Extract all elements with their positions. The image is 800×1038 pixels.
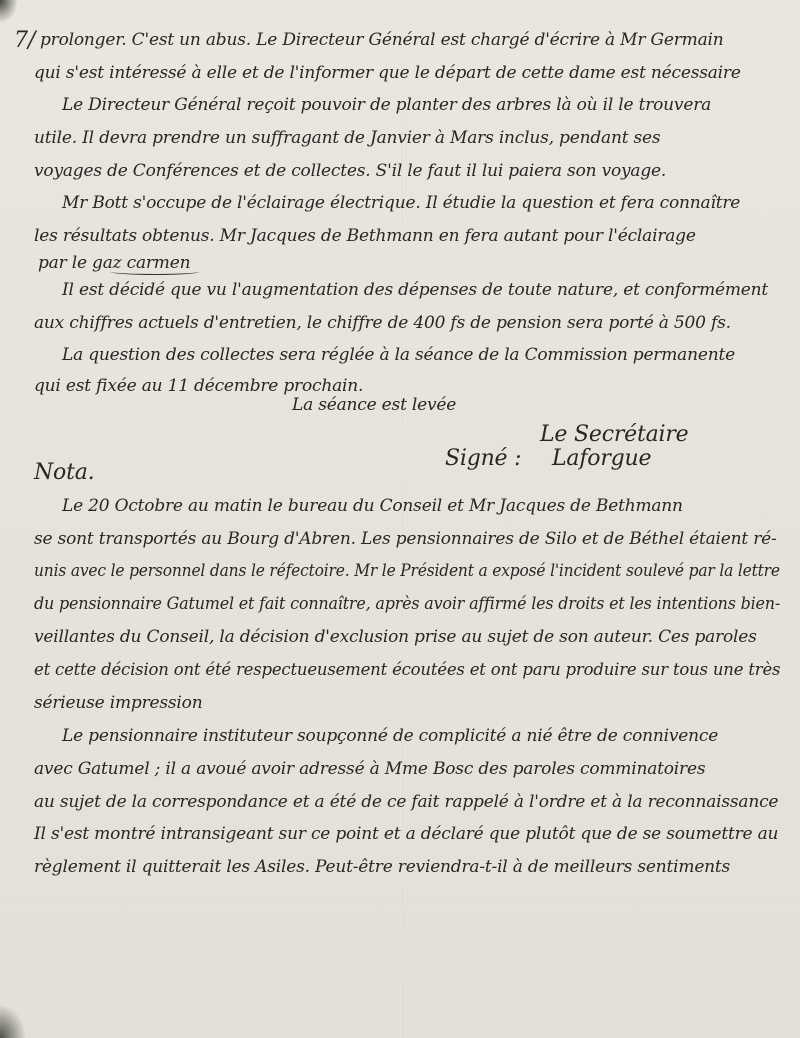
nota-heading: Nota. — [34, 460, 94, 485]
nota-line: règlement il quitterait les Asiles. Peut… — [34, 857, 730, 877]
secretary-title: Le Secrétaire — [540, 422, 689, 447]
minutes-line: Mr Bott s'occupe de l'éclairage électriq… — [62, 193, 740, 213]
minutes-line: Le Directeur Général reçoit pouvoir de p… — [62, 95, 711, 115]
signature-name: Laforgue — [552, 446, 651, 471]
minutes-line: utile. Il devra prendre un suffragant de… — [34, 128, 660, 148]
minutes-line: les résultats obtenus. Mr Jacques de Bet… — [34, 226, 696, 246]
nota-line: sérieuse impression — [34, 693, 202, 713]
nota-line: se sont transportés au Bourg d'Abren. Le… — [34, 529, 777, 549]
nota-line: Le 20 Octobre au matin le bureau du Cons… — [62, 496, 683, 516]
minutes-line: voyages de Conférences et de collectes. … — [34, 161, 666, 181]
nota-line: Il s'est montré intransigeant sur ce poi… — [34, 824, 778, 844]
nota-line: avec Gatumel ; il a avoué avoir adressé … — [34, 759, 705, 779]
nota-line: et cette décision ont été respectueuseme… — [34, 660, 780, 680]
nota-line: Le pensionnaire instituteur soupçonné de… — [62, 726, 718, 746]
nota-line: unis avec le personnel dans le réfectoir… — [34, 561, 780, 581]
nota-line: veillantes du Conseil, la décision d'exc… — [34, 627, 757, 647]
fold-crease — [400, 0, 402, 1038]
minutes-line: qui est fixée au 11 décembre prochain. — [34, 376, 363, 396]
minutes-line: aux chiffres actuels d'entretien, le chi… — [34, 313, 731, 333]
closing-text: La séance est levée — [292, 395, 456, 415]
minutes-line: Il est décidé que vu l'augmentation des … — [62, 280, 768, 300]
minutes-line: La question des collectes sera réglée à … — [62, 345, 735, 365]
margin-mark: 7/ — [14, 28, 35, 53]
nota-line: du pensionnaire Gatumel et fait connaîtr… — [34, 594, 780, 614]
minutes-line: qui s'est intéressé à elle et de l'infor… — [34, 63, 741, 83]
signed-label: Signé : — [445, 446, 521, 471]
nota-line: au sujet de la correspondance et a été d… — [34, 792, 778, 812]
underline-mark — [110, 268, 200, 275]
minutes-line: prolonger. C'est un abus. Le Directeur G… — [40, 30, 724, 50]
